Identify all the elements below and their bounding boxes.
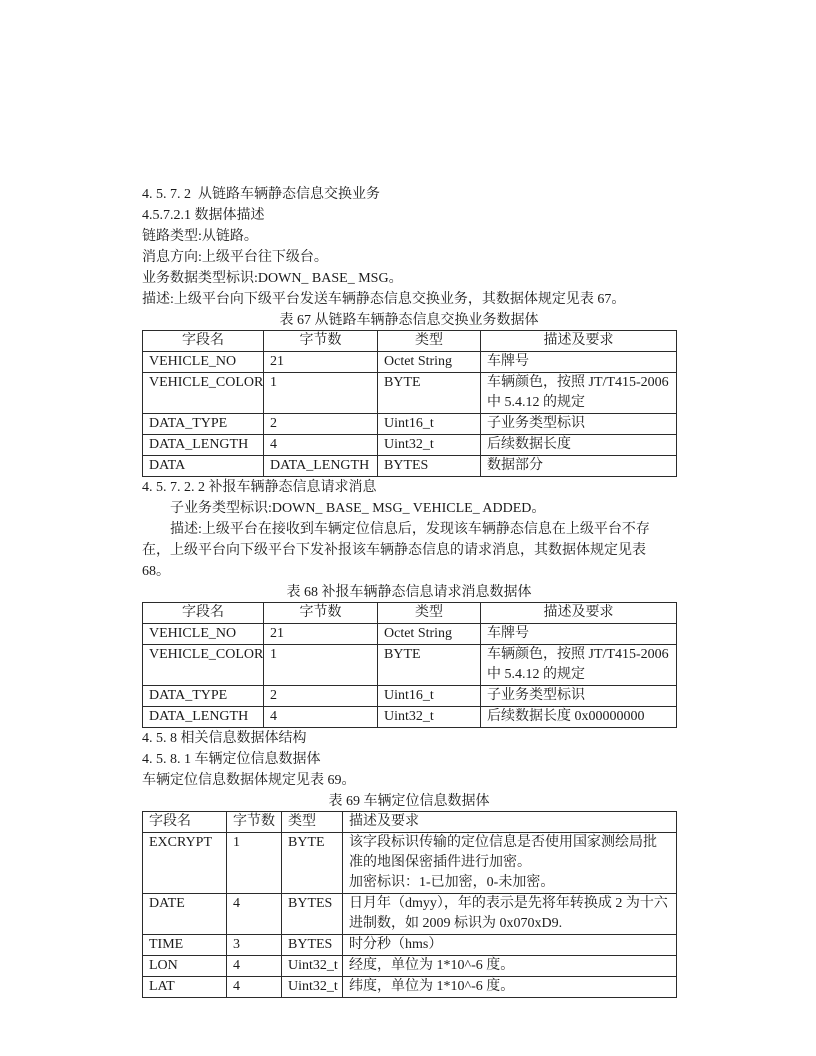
description-cell: 子业务类型标识 [481,414,677,435]
table-69-header-row: 字段名 字节数 类型 描述及要求 [143,812,677,833]
byte-count-cell: 2 [264,414,378,435]
table-row: DATA_TYPE 2 Uint16_t 子业务类型标识 [143,414,677,435]
type-cell: BYTE [282,833,343,894]
byte-count-cell: 21 [264,624,378,645]
field-name-cell: TIME [143,935,227,956]
column-header-description: 描述及要求 [481,331,677,352]
field-name-cell: VEHICLE_COLOR [143,373,264,414]
table-69-caption: 表 69 车辆定位信息数据体 [142,792,676,811]
field-name-cell: DATA_TYPE [143,686,264,707]
paragraph-link-type: 链路类型:从链路。 [142,226,676,247]
type-cell: BYTES [378,456,481,477]
type-cell: BYTES [282,894,343,935]
column-header-description: 描述及要求 [343,812,677,833]
column-header-type: 类型 [378,331,481,352]
description-cell: 车牌号 [481,624,677,645]
table-row: DATA_TYPE 2 Uint16_t 子业务类型标识 [143,686,677,707]
byte-count-cell: DATA_LENGTH [264,456,378,477]
byte-count-cell: 4 [227,894,282,935]
page-content: 4. 5. 7. 2 从链路车辆静态信息交换业务 4.5.7.2.1 数据体描述… [142,184,676,998]
table-row: LON 4 Uint32_t 经度，单位为 1*10^-6 度。 [143,956,677,977]
description-cell: 时分秒（hms） [343,935,677,956]
document-page: 4. 5. 7. 2 从链路车辆静态信息交换业务 4.5.7.2.1 数据体描述… [0,0,816,1056]
table-67-header-row: 字段名 字节数 类型 描述及要求 [143,331,677,352]
description-cell: 日月年（dmyy），年的表示是先将年转换成 2 为十六进制数，如 2009 标识… [343,894,677,935]
column-header-byte-count: 字节数 [264,603,378,624]
table-67: 字段名 字节数 类型 描述及要求 VEHICLE_NO 21 Octet Str… [142,330,677,477]
field-name-cell: DATA_LENGTH [143,435,264,456]
column-header-type: 类型 [282,812,343,833]
type-cell: BYTE [378,645,481,686]
heading-4-5-8: 4. 5. 8 相关信息数据体结构 [142,728,676,749]
table-row: VEHICLE_NO 21 Octet String 车牌号 [143,624,677,645]
paragraph-msg-direction: 消息方向:上级平台往下级台。 [142,247,676,268]
table-row: LAT 4 Uint32_t 纬度，单位为 1*10^-6 度。 [143,977,677,998]
field-name-cell: DATA [143,456,264,477]
field-name-cell: EXCRYPT [143,833,227,894]
description-cell: 车辆颜色，按照 JT/T415-2006 中 5.4.12 的规定 [481,373,677,414]
type-cell: Uint16_t [378,686,481,707]
field-name-cell: LON [143,956,227,977]
table-row: DATA DATA_LENGTH BYTES 数据部分 [143,456,677,477]
byte-count-cell: 4 [227,956,282,977]
byte-count-cell: 3 [227,935,282,956]
field-name-cell: VEHICLE_COLOR [143,645,264,686]
type-cell: Uint32_t [282,956,343,977]
field-name-cell: VEHICLE_NO [143,624,264,645]
byte-count-cell: 4 [264,707,378,728]
table-row: DATA_LENGTH 4 Uint32_t 后续数据长度 [143,435,677,456]
description-cell: 车辆颜色，按照 JT/T415-2006 中 5.4.12 的规定 [481,645,677,686]
description-line: 加密标识：1-已加密，0-未加密。 [349,873,670,893]
field-name-cell: VEHICLE_NO [143,352,264,373]
table-row: DATA_LENGTH 4 Uint32_t 后续数据长度 0x00000000 [143,707,677,728]
heading-4-5-7-2: 4. 5. 7. 2 从链路车辆静态信息交换业务 [142,184,676,205]
description-cell: 数据部分 [481,456,677,477]
byte-count-cell: 4 [264,435,378,456]
paragraph-see-69: 车辆定位信息数据体规定见表 69。 [142,770,676,791]
description-cell: 车牌号 [481,352,677,373]
column-header-field-name: 字段名 [143,812,227,833]
type-cell: Octet String [378,352,481,373]
table-row: TIME 3 BYTES 时分秒（hms） [143,935,677,956]
paragraph-sub-biz-type: 子业务类型标识:DOWN_ BASE_ MSG_ VEHICLE_ ADDED。 [142,498,676,519]
field-name-cell: DATE [143,894,227,935]
type-cell: Uint16_t [378,414,481,435]
byte-count-cell: 21 [264,352,378,373]
description-line: 该字段标识传输的定位信息是否使用国家测绘局批准的地图保密插件进行加密。 [349,833,670,873]
description-cell: 该字段标识传输的定位信息是否使用国家测绘局批准的地图保密插件进行加密。 加密标识… [343,833,677,894]
column-header-field-name: 字段名 [143,603,264,624]
table-67-caption: 表 67 从链路车辆静态信息交换业务数据体 [142,311,676,330]
type-cell: Octet String [378,624,481,645]
type-cell: BYTE [378,373,481,414]
column-header-description: 描述及要求 [481,603,677,624]
table-row: VEHICLE_COLOR 1 BYTE 车辆颜色，按照 JT/T415-200… [143,645,677,686]
heading-4-5-7-2-2: 4. 5. 7. 2. 2 补报车辆静态信息请求消息 [142,477,676,498]
paragraph-desc-67: 描述:上级平台向下级平台发送车辆静态信息交换业务，其数据体规定见表 67。 [142,289,676,310]
type-cell: Uint32_t [378,707,481,728]
type-cell: BYTES [282,935,343,956]
byte-count-cell: 1 [264,645,378,686]
description-cell: 后续数据长度 [481,435,677,456]
heading-4-5-8-1: 4. 5. 8. 1 车辆定位信息数据体 [142,749,676,770]
byte-count-cell: 4 [227,977,282,998]
paragraph-desc-68: 描述:上级平台在接收到车辆定位信息后，发现该车辆静态信息在上级平台不存在，上级平… [142,519,676,582]
heading-4-5-7-2-1: 4.5.7.2.1 数据体描述 [142,205,676,226]
column-header-byte-count: 字节数 [227,812,282,833]
column-header-byte-count: 字节数 [264,331,378,352]
table-68-caption: 表 68 补报车辆静态信息请求消息数据体 [142,583,676,602]
field-name-cell: DATA_TYPE [143,414,264,435]
table-68-header-row: 字段名 字节数 类型 描述及要求 [143,603,677,624]
column-header-field-name: 字段名 [143,331,264,352]
column-header-type: 类型 [378,603,481,624]
paragraph-biz-type: 业务数据类型标识:DOWN_ BASE_ MSG。 [142,268,676,289]
field-name-cell: LAT [143,977,227,998]
table-row: VEHICLE_NO 21 Octet String 车牌号 [143,352,677,373]
type-cell: Uint32_t [282,977,343,998]
description-cell: 经度，单位为 1*10^-6 度。 [343,956,677,977]
type-cell: Uint32_t [378,435,481,456]
field-name-cell: DATA_LENGTH [143,707,264,728]
byte-count-cell: 1 [264,373,378,414]
description-cell: 子业务类型标识 [481,686,677,707]
table-69: 字段名 字节数 类型 描述及要求 EXCRYPT 1 BYTE 该字段标识传输的… [142,811,677,998]
table-row: EXCRYPT 1 BYTE 该字段标识传输的定位信息是否使用国家测绘局批准的地… [143,833,677,894]
byte-count-cell: 2 [264,686,378,707]
table-68: 字段名 字节数 类型 描述及要求 VEHICLE_NO 21 Octet Str… [142,602,677,728]
description-cell: 纬度，单位为 1*10^-6 度。 [343,977,677,998]
description-cell: 后续数据长度 0x00000000 [481,707,677,728]
table-row: VEHICLE_COLOR 1 BYTE 车辆颜色，按照 JT/T415-200… [143,373,677,414]
table-row: DATE 4 BYTES 日月年（dmyy），年的表示是先将年转换成 2 为十六… [143,894,677,935]
byte-count-cell: 1 [227,833,282,894]
